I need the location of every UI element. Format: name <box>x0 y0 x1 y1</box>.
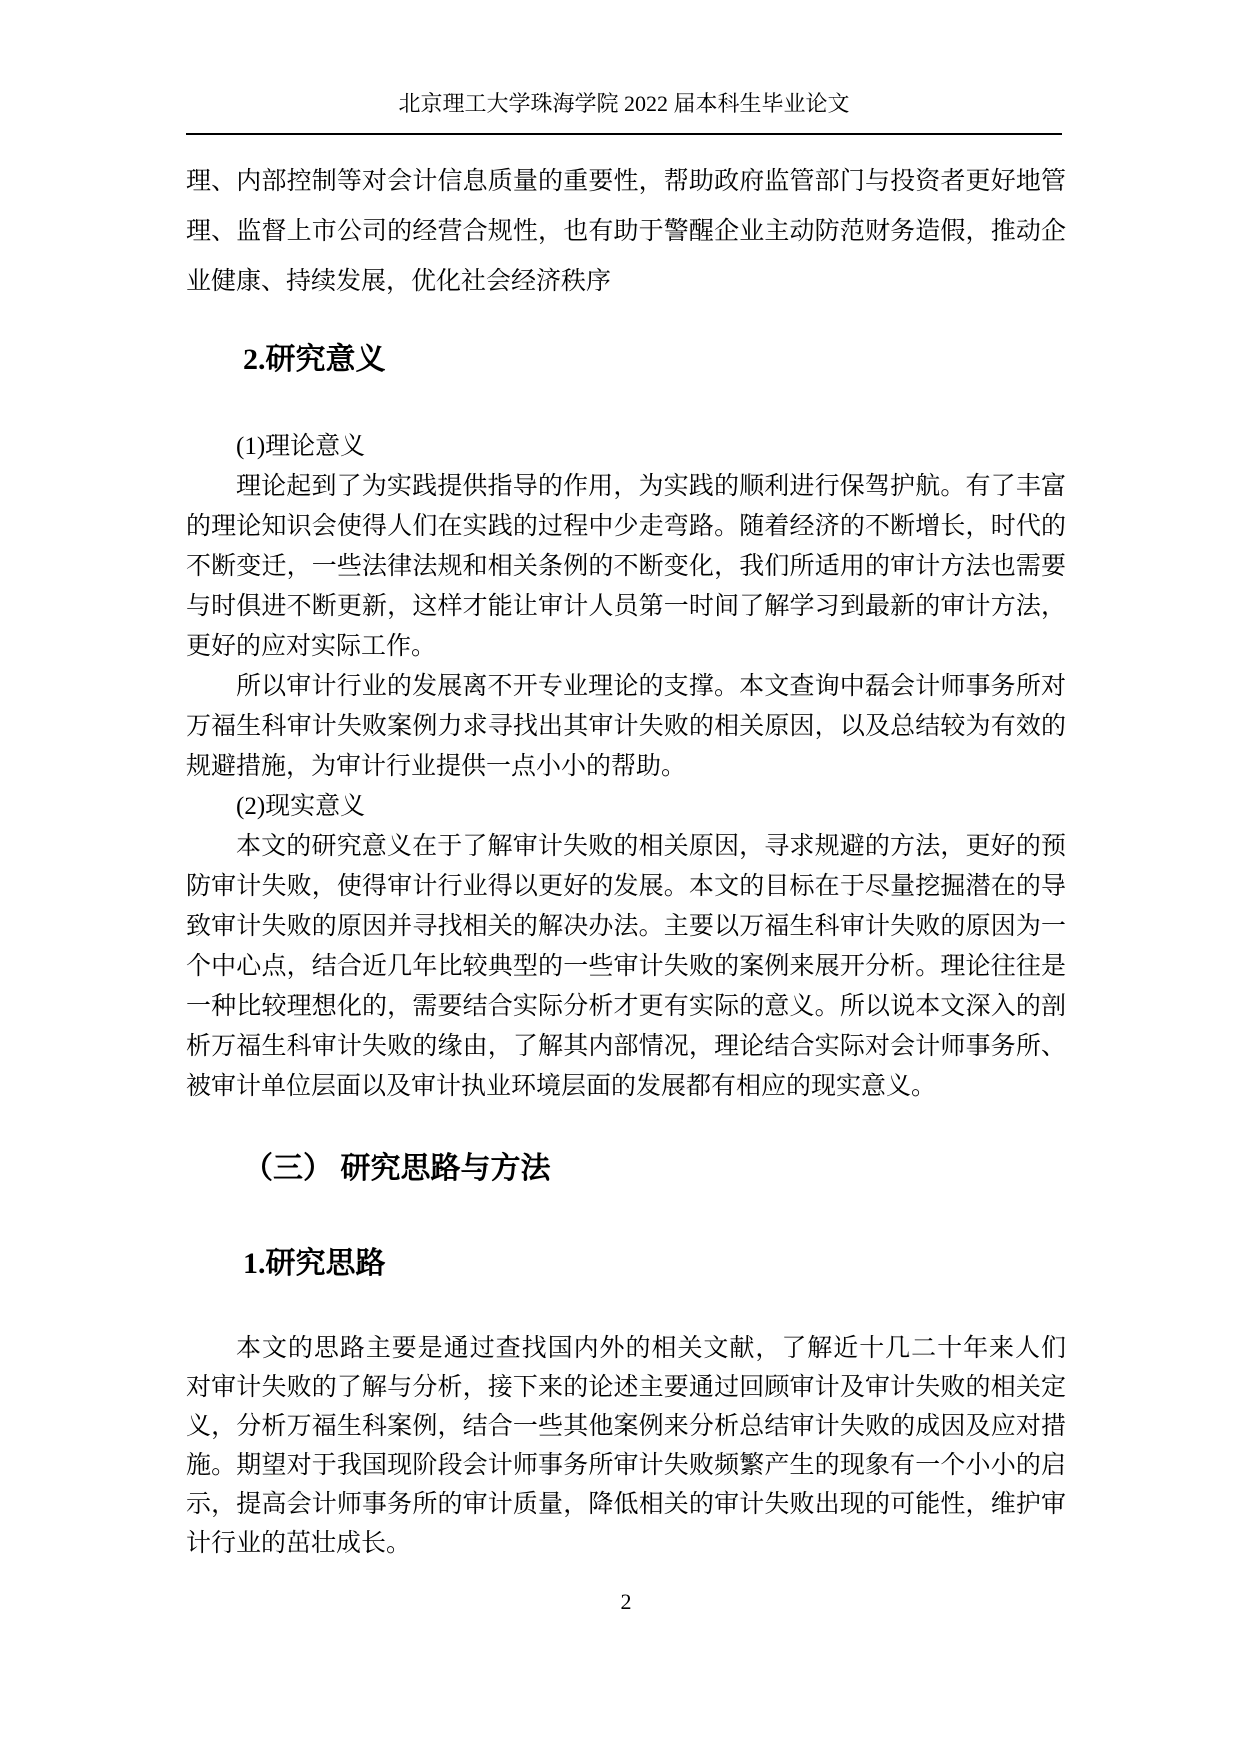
text-line: 施。期望对于我国现阶段会计师事务所审计失败频繁产生的现象有一个小小的启 <box>186 1446 1066 1485</box>
text-line: (2)现实意义 <box>186 787 1066 827</box>
text-line: 所以审计行业的发展离不开专业理论的支撑。本文查询中磊会计师事务所对 <box>186 667 1066 707</box>
page-number: 2 <box>186 1588 1066 1616</box>
text-line: 的理论知识会使得人们在实践的过程中少走弯路。随着经济的不断增长，时代的 <box>186 507 1066 547</box>
text-line: 更好的应对实际工作。 <box>186 627 1066 667</box>
text-line: 本文的研究意义在于了解审计失败的相关原因，寻求规避的方法，更好的预 <box>186 827 1066 867</box>
text-line: (1)理论意义 <box>186 427 1066 467</box>
text-line: 防审计失败，使得审计行业得以更好的发展。本文的目标在于尽量挖掘潜在的导 <box>186 867 1066 907</box>
research-approach-section: 本文的思路主要是通过查找国内外的相关文献，了解近十几二十年来人们 对审计失败的了… <box>186 1329 1066 1563</box>
text-line: 理、内部控制等对会计信息质量的重要性，帮助政府监管部门与投资者更好地管 <box>186 157 1066 207</box>
text-line: 析万福生科审计失败的缘由，了解其内部情况，理论结合实际对会计师事务所、 <box>186 1027 1066 1067</box>
text-line: 示，提高会计师事务所的审计质量，降低相关的审计失败出现的可能性，维护审 <box>186 1485 1066 1524</box>
section-heading-research-significance: 2.研究意义 <box>186 339 1066 381</box>
research-significance-section: (1)理论意义 理论起到了为实践提供指导的作用，为实践的顺利进行保驾护航。有了丰… <box>186 427 1066 1107</box>
text-line: 个中心点，结合近几年比较典型的一些审计失败的案例来展开分析。理论往往是 <box>186 947 1066 987</box>
text-line: 理、监督上市公司的经营合规性，也有助于警醒企业主动防范财务造假，推动企 <box>186 207 1066 257</box>
text-line: 计行业的茁壮成长。 <box>186 1524 1066 1563</box>
text-line: 被审计单位层面以及审计执业环境层面的发展都有相应的现实意义。 <box>186 1067 1066 1107</box>
text-line: 致审计失败的原因并寻找相关的解决办法。主要以万福生科审计失败的原因为一 <box>186 907 1066 947</box>
text-line: 规避措施，为审计行业提供一点小小的帮助。 <box>186 747 1066 787</box>
text-line: 义，分析万福生科案例，结合一些其他案例来分析总结审计失败的成因及应对措 <box>186 1407 1066 1446</box>
page-header: 北京理工大学珠海学院 2022 届本科生毕业论文 <box>186 90 1062 135</box>
text-line: 本文的思路主要是通过查找国内外的相关文献，了解近十几二十年来人们 <box>186 1329 1066 1368</box>
text-line: 一种比较理想化的，需要结合实际分析才更有实际的意义。所以说本文深入的剖 <box>186 987 1066 1027</box>
intro-paragraph: 理、内部控制等对会计信息质量的重要性，帮助政府监管部门与投资者更好地管 理、监督… <box>186 157 1066 307</box>
header-title: 北京理工大学珠海学院 2022 届本科生毕业论文 <box>398 91 849 116</box>
text-line: 对审计失败的了解与分析，接下来的论述主要通过回顾审计及审计失败的相关定 <box>186 1368 1066 1407</box>
text-line: 与时俱进不断更新，这样才能让审计人员第一时间了解学习到最新的审计方法， <box>186 587 1066 627</box>
thesis-page: 北京理工大学珠海学院 2022 届本科生毕业论文 理、内部控制等对会计信息质量的… <box>0 0 1240 1754</box>
text-line: 业健康、持续发展，优化社会经济秩序 <box>186 257 1066 307</box>
text-line: 万福生科审计失败案例力求寻找出其审计失败的相关原因，以及总结较为有效的 <box>186 707 1066 747</box>
text-line: 理论起到了为实践提供指导的作用，为实践的顺利进行保驾护航。有了丰富 <box>186 467 1066 507</box>
section-heading-research-approach-methods: （三） 研究思路与方法 <box>186 1148 1066 1190</box>
subsection-heading-research-approach: 1.研究思路 <box>186 1243 1066 1285</box>
text-line: 不断变迁，一些法律法规和相关条例的不断变化，我们所适用的审计方法也需要 <box>186 547 1066 587</box>
